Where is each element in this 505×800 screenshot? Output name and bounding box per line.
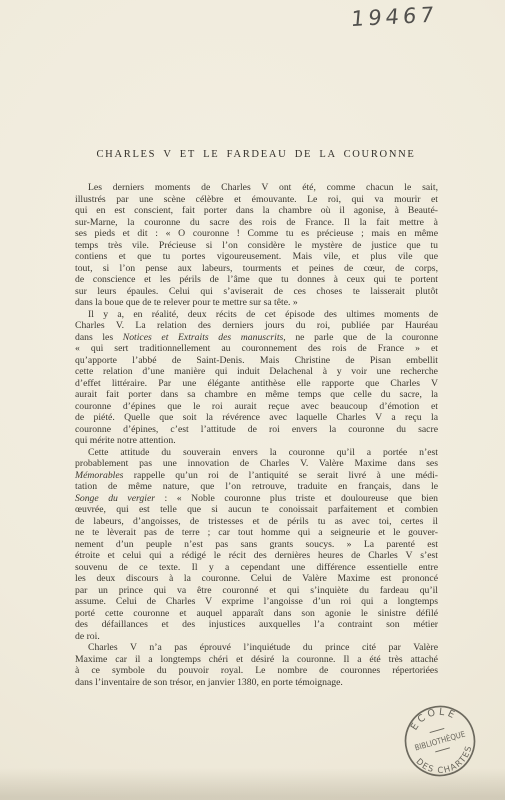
text-segment: cette relation d’une manière qui induit … — [75, 366, 438, 377]
text-segment: Cette attitude du souverain envers la co… — [88, 447, 438, 458]
text-segment: porté cette couronne et auquel apparaît … — [75, 608, 438, 619]
text-segment: dans les — [75, 332, 123, 343]
text-line: par un prince qui va être couronné et qu… — [75, 585, 438, 597]
text-line: Il y a, en réalité, deux récits de cet é… — [75, 309, 438, 321]
text-segment: ne te lèverait pas de terre ; car tout h… — [75, 527, 438, 538]
text-segment: Les derniers moments de Charles V ont ét… — [88, 182, 438, 193]
text-segment: les deux discours à la couronne. Celui d… — [75, 573, 438, 584]
text-segment: par un prince qui va être couronné et qu… — [75, 585, 438, 596]
text-segment: de piété. Quelle que soit la révérence a… — [75, 412, 438, 423]
text-segment: qui en est conscient, fait porter dans l… — [75, 205, 438, 216]
text-line: à ce symbole du pouvoir royal. Le nombre… — [75, 665, 438, 677]
text-segment: illustrés par une scène célèbre et émouv… — [75, 194, 438, 205]
paragraph: Il y a, en réalité, deux récits de cet é… — [75, 309, 438, 447]
text-segment: tation de même nature, que l’on retrouve… — [75, 481, 438, 492]
stamp-rule-bottom — [435, 748, 450, 752]
text-segment: : « Noble couronne plus triste et doulou… — [155, 493, 438, 504]
text-segment: de conscience et les périls de l’âme que… — [75, 274, 438, 285]
text-segment: qu’apporte l’abbé de Saint-Denis. Mais C… — [75, 355, 438, 366]
text-segment: sur leurs épaules. Celui qui s’aviserait… — [75, 286, 438, 297]
text-segment: souvenu de ce texte. Il y a cependant un… — [75, 562, 438, 573]
italic-text-segment: Songe du vergier — [75, 493, 155, 504]
text-segment: à ce symbole du pouvoir royal. Le nombre… — [75, 665, 438, 676]
text-segment: nement d’un peuple n’est pas sans grants… — [75, 539, 438, 550]
text-line: Songe du vergier : « Noble couronne plus… — [75, 493, 438, 505]
text-line: les deux discours à la couronne. Celui d… — [75, 573, 438, 585]
text-line: couronne d’épines que le roi aurait reçu… — [75, 401, 438, 413]
scanned-page: { "document": { "catalog_number": "19467… — [0, 0, 505, 800]
text-line: « qui sert traditionnellement au couronn… — [75, 343, 438, 355]
text-segment: , ne parle que de la couronne — [283, 332, 438, 343]
text-segment: étroite et celui qui a rédigé le récit d… — [75, 550, 438, 561]
text-segment: contiens et que tu portes vigoureusement… — [75, 251, 438, 262]
text-line: probablement pas une innovation de Charl… — [75, 458, 438, 470]
text-segment: couronne d’épines que le roi aurait reçu… — [75, 401, 438, 412]
text-line: souvenu de ce texte. Il y a cependant un… — [75, 562, 438, 574]
italic-text-segment: Notices et Extraits des manuscrits — [123, 332, 284, 343]
text-line: ne te lèverait pas de terre ; car tout h… — [75, 527, 438, 539]
text-line: qui en est conscient, fait porter dans l… — [75, 205, 438, 217]
text-segment: rappelle qu’un roi de l’antiquité se ser… — [123, 470, 438, 481]
text-line: sur-Marne, la couronne du sacre des rois… — [75, 217, 438, 229]
text-line: ses pieds et dit : « O couronne ! Comme … — [75, 228, 438, 240]
text-line: qu’apporte l’abbé de Saint-Denis. Mais C… — [75, 355, 438, 367]
library-stamp-icon: ECOLE BIBLIOTHÈQUE DES CHARTES — [388, 689, 492, 793]
text-line: illustrés par une scène célèbre et émouv… — [75, 194, 438, 206]
text-segment: dans la boue que de te relever pour te m… — [75, 297, 298, 308]
text-line: de conscience et les périls de l’âme que… — [75, 274, 438, 286]
text-segment: de labeurs, d’angoisses, de tristesses e… — [75, 516, 438, 527]
text-line: des défaillances et des injustices auxqu… — [75, 619, 438, 631]
text-line: Charles V. La relation des derniers jour… — [75, 320, 438, 332]
text-segment: Il y a, en réalité, deux récits de cet é… — [88, 309, 438, 320]
stamp-center-text: BIBLIOTHÈQUE — [413, 728, 466, 753]
text-line: nement d’un peuple n’est pas sans grants… — [75, 539, 438, 551]
text-segment: sur-Marne, la couronne du sacre des rois… — [75, 217, 438, 228]
text-segment: Maxime car il a longtemps chéri et désir… — [75, 654, 438, 665]
text-line: d’effet littéraire. Par une élégante ant… — [75, 378, 438, 390]
text-line: aurait fait porter dans sa chambre en mê… — [75, 389, 438, 401]
text-line: Cette attitude du souverain envers la co… — [75, 447, 438, 459]
text-line: cette relation d’une manière qui induit … — [75, 366, 438, 378]
handwritten-catalog-number: 19467 — [350, 2, 439, 31]
text-segment: tout, si l’on pense aux labeurs, tourmen… — [75, 263, 438, 274]
text-line: de roi. — [75, 631, 438, 643]
text-line: Mémorables rappelle qu’un roi de l’antiq… — [75, 470, 438, 482]
text-line: contiens et que tu portes vigoureusement… — [75, 251, 438, 263]
text-segment: de roi. — [75, 631, 100, 642]
text-line: Maxime car il a longtemps chéri et désir… — [75, 654, 438, 666]
text-segment: probablement pas une innovation de Charl… — [75, 458, 438, 469]
text-line: dans l’inventaire de son trésor, en janv… — [75, 677, 438, 689]
text-segment: Charles V. La relation des derniers jour… — [75, 320, 438, 331]
text-segment: ses pieds et dit : « O couronne ! Comme … — [75, 228, 438, 239]
text-segment: couronne d’épines, c’est l’attitude de r… — [75, 424, 438, 435]
text-line: dans les Notices et Extraits des manuscr… — [75, 332, 438, 344]
text-line: assume. Celui de Charles V exprime l’ang… — [75, 596, 438, 608]
body-text: Les derniers moments de Charles V ont ét… — [75, 182, 438, 688]
text-line: couronne d’épines, c’est l’attitude de r… — [75, 424, 438, 436]
paragraph: Cette attitude du souverain envers la co… — [75, 447, 438, 643]
text-line: temps très vile. Précieuse si l’on consi… — [75, 240, 438, 252]
italic-text-segment: Mémorables — [75, 470, 123, 481]
text-line: tation de même nature, que l’on retrouve… — [75, 481, 438, 493]
text-line: dans la boue que de te relever pour te m… — [75, 297, 438, 309]
text-segment: dans l’inventaire de son trésor, en janv… — [75, 677, 343, 688]
text-segment: d’effet littéraire. Par une élégante ant… — [75, 378, 438, 389]
text-line: Les derniers moments de Charles V ont ét… — [75, 182, 438, 194]
text-line: qui mérite notre attention. — [75, 435, 438, 447]
text-segment: aurait fait porter dans sa chambre en mê… — [75, 389, 438, 400]
text-line: porté cette couronne et auquel apparaît … — [75, 608, 438, 620]
text-segment: assume. Celui de Charles V exprime l’ang… — [75, 596, 438, 607]
text-segment: « qui sert traditionnellement au couronn… — [75, 343, 438, 354]
text-line: Charles V n’a pas éprouvé l’inquiétude d… — [75, 642, 438, 654]
paragraph: Les derniers moments de Charles V ont ét… — [75, 182, 438, 309]
text-segment: qui mérite notre attention. — [75, 435, 176, 446]
text-line: de labeurs, d’angoisses, de tristesses e… — [75, 516, 438, 528]
text-line: sur leurs épaules. Celui qui s’aviserait… — [75, 286, 438, 298]
paragraph: Charles V n’a pas éprouvé l’inquiétude d… — [75, 642, 438, 688]
text-line: œuvrée, qui est telle que si aucun te co… — [75, 504, 438, 516]
text-segment: des défaillances et des injustices auxqu… — [75, 619, 438, 630]
page-title: CHARLES V ET LE FARDEAU DE LA COURONNE — [66, 149, 446, 160]
text-segment: œuvrée, qui est telle que si aucun te co… — [75, 504, 438, 515]
text-line: étroite et celui qui a rédigé le récit d… — [75, 550, 438, 562]
text-segment: Charles V n’a pas éprouvé l’inquiétude d… — [88, 642, 438, 653]
text-line: de piété. Quelle que soit la révérence a… — [75, 412, 438, 424]
text-line: tout, si l’on pense aux labeurs, tourmen… — [75, 263, 438, 275]
stamp-rule-top — [430, 728, 445, 732]
text-segment: temps très vile. Précieuse si l’on consi… — [75, 240, 438, 251]
